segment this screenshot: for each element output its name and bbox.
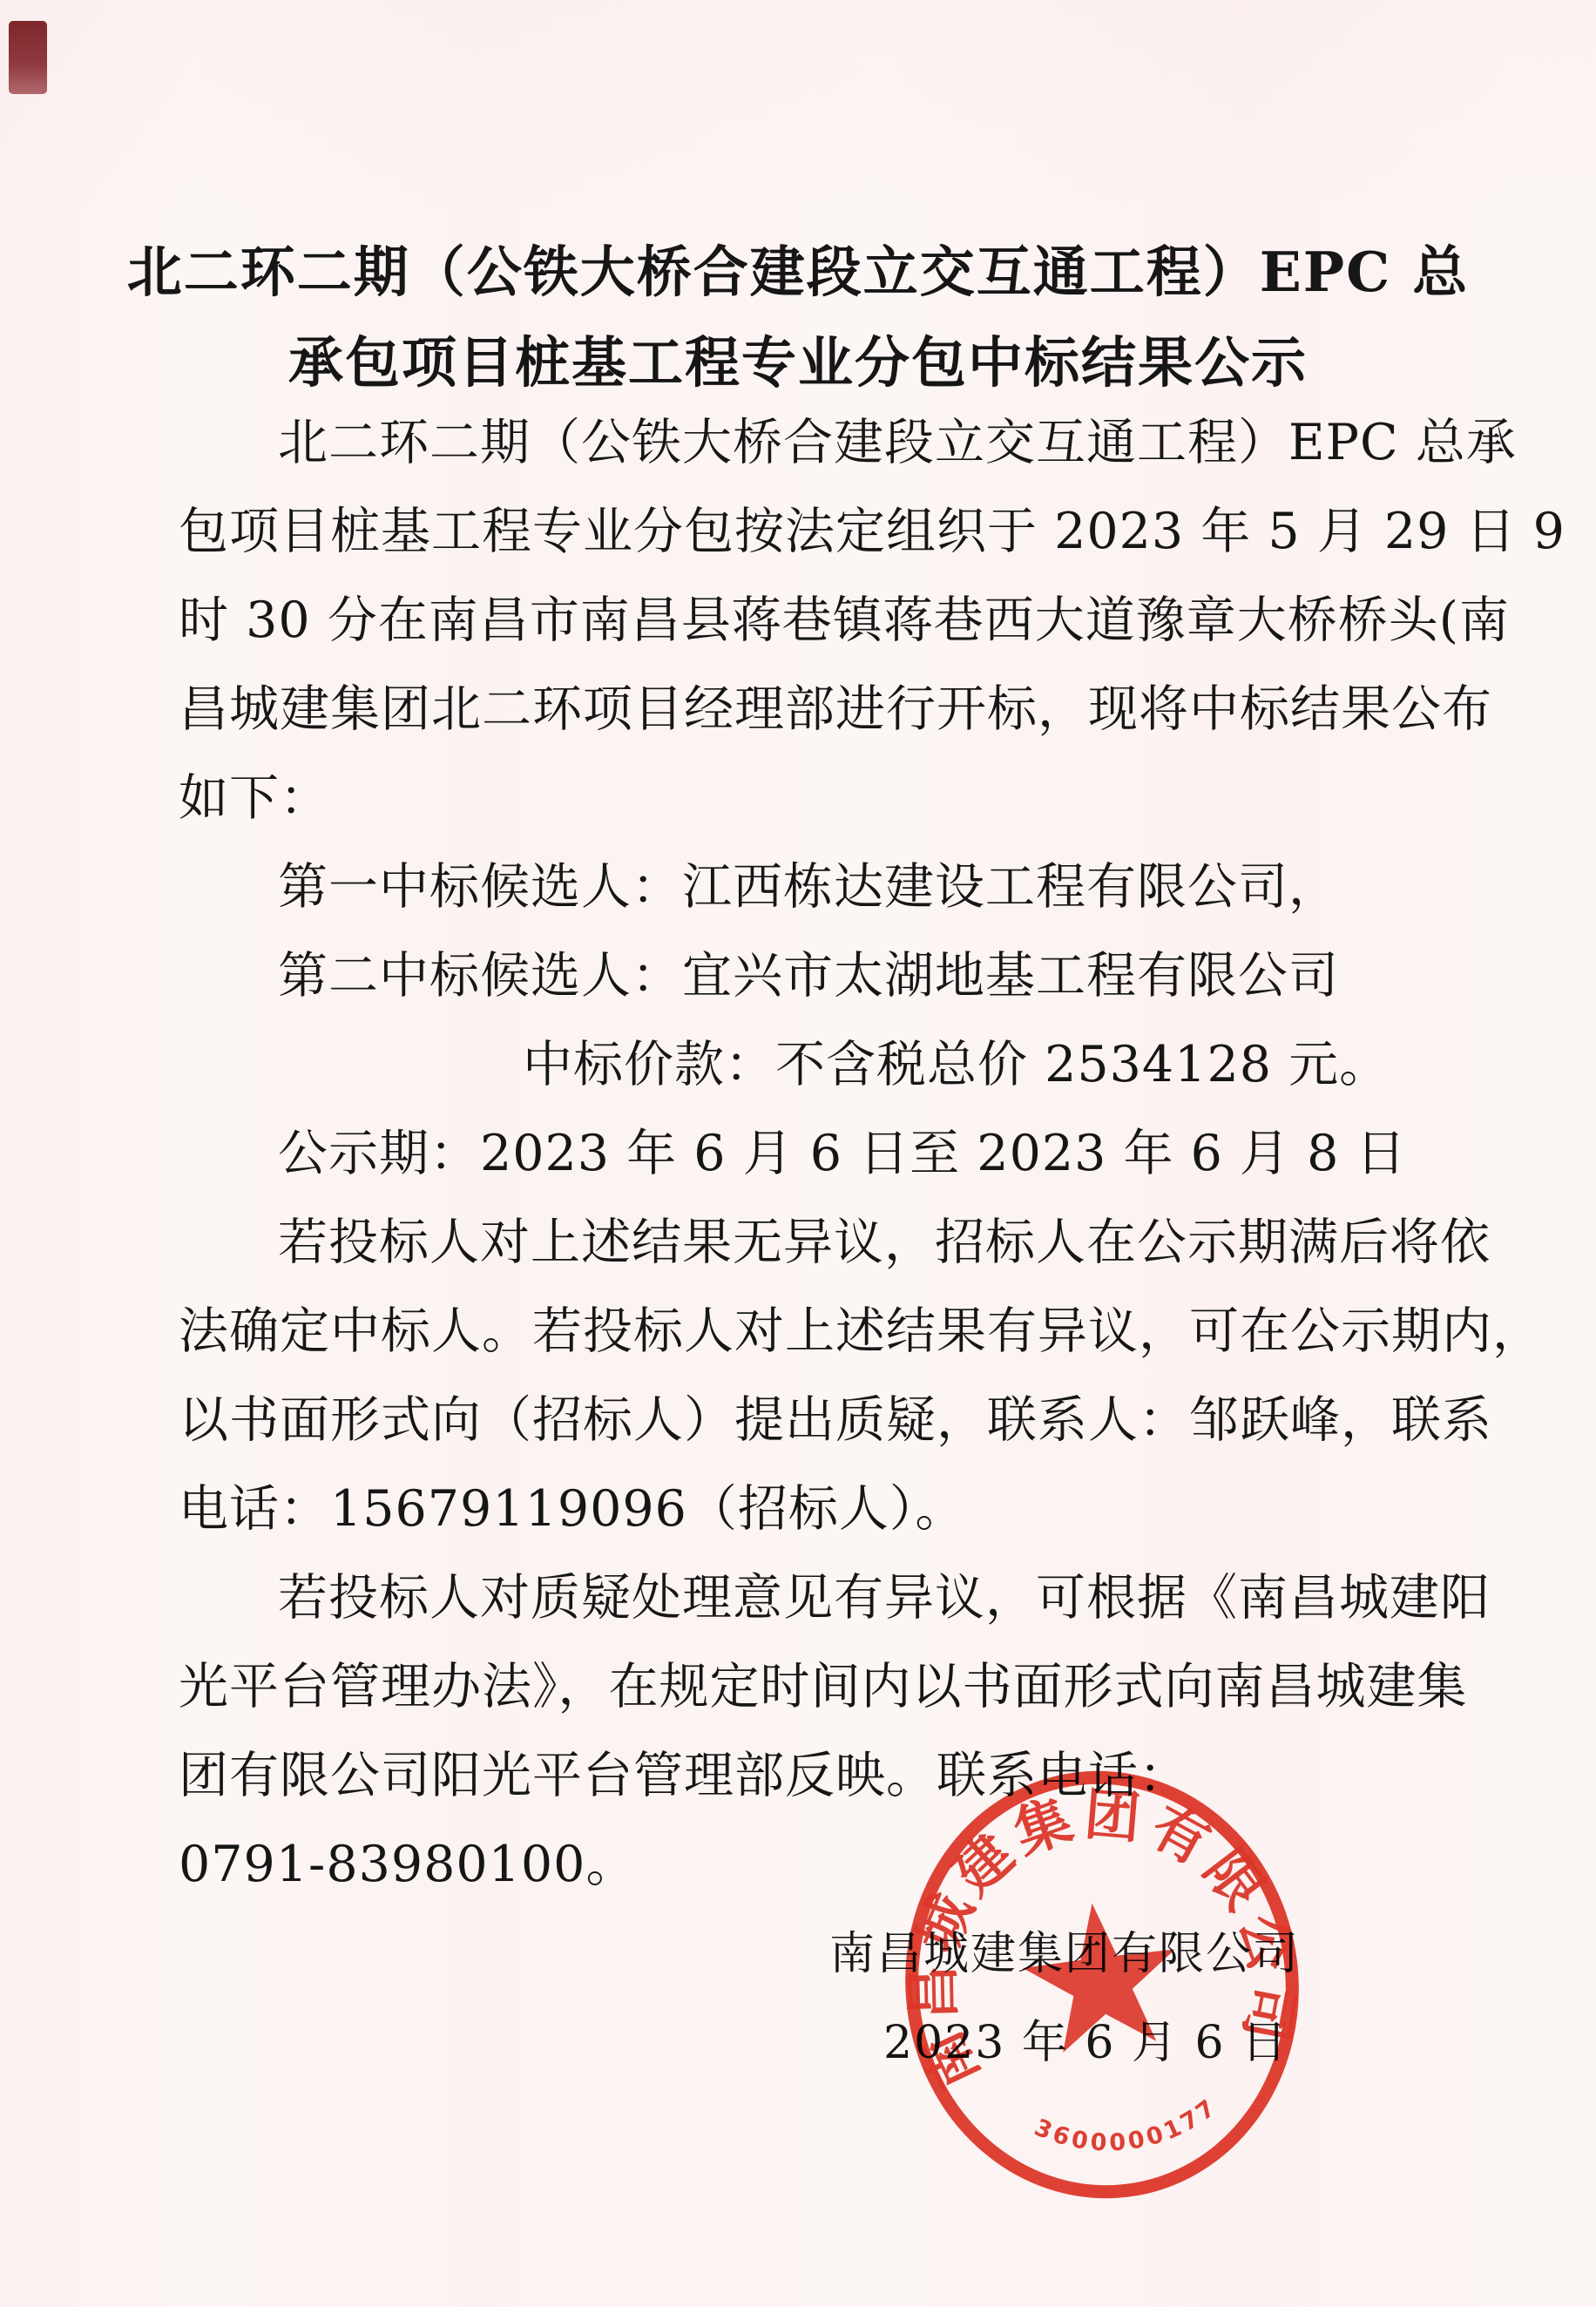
- public-notice-period-line: 公示期：2023 年 6 月 6 日至 2023 年 6 月 8 日: [179, 1126, 1407, 1183]
- scanned-document-page: 北二环二期（公铁大桥合建段立交互通工程）EPC 总 承包项目桩基工程专业分包中标…: [0, 0, 1596, 2307]
- second-winning-candidate-line: 第二中标候选人：宜兴市太湖地基工程有限公司: [179, 948, 1339, 1005]
- company-red-seal: 南昌城建集团有限公司 3600000177696: [832, 1730, 1371, 2239]
- body-line: 若投标人对质疑处理意见有异议，可根据《南昌城建阳: [179, 1570, 1491, 1627]
- document-title-line-1: 北二环二期（公铁大桥合建段立交互通工程）EPC 总: [0, 228, 1596, 308]
- contact-phone-line: 电话：15679119096（招标人）。: [179, 1481, 965, 1539]
- body-line: 包项目桩基工程专业分包按法定组织于 2023 年 5 月 29 日 9: [179, 504, 1566, 561]
- body-line: 以书面形式向（招标人）提出质疑，联系人：邹跃峰，联系: [179, 1392, 1492, 1450]
- document-title-line-2: 承包项目桩基工程专业分包中标结果公示: [0, 319, 1596, 398]
- body-line: 法确定中标人。若投标人对上述结果有异议，可在公示期内，: [179, 1303, 1543, 1361]
- scan-artifact-mark: [9, 21, 47, 94]
- body-line: 若投标人对上述结果无异议，招标人在公示期满后将依: [179, 1214, 1491, 1272]
- seal-star-icon: [1016, 1894, 1186, 2056]
- body-line: 时 30 分在南昌市南昌县蒋巷镇蒋巷西大道豫章大桥桥头(南: [179, 592, 1510, 650]
- bid-price-line: 中标价款：不含税总价 2534128 元。: [179, 1037, 1390, 1094]
- platform-phone-line: 0791-83980100。: [179, 1837, 636, 1894]
- body-line: 北二环二期（公铁大桥合建段立交互通工程）EPC 总承: [179, 415, 1517, 472]
- first-winning-candidate-line: 第一中标候选人：江西栋达建设工程有限公司，: [179, 859, 1339, 917]
- body-line: 昌城建集团北二环项目经理部进行开标，现将中标结果公布: [179, 681, 1492, 739]
- body-line: 如下：: [179, 770, 330, 828]
- body-line: 光平台管理办法》，在规定时间内以书面形式向南昌城建集: [179, 1659, 1468, 1716]
